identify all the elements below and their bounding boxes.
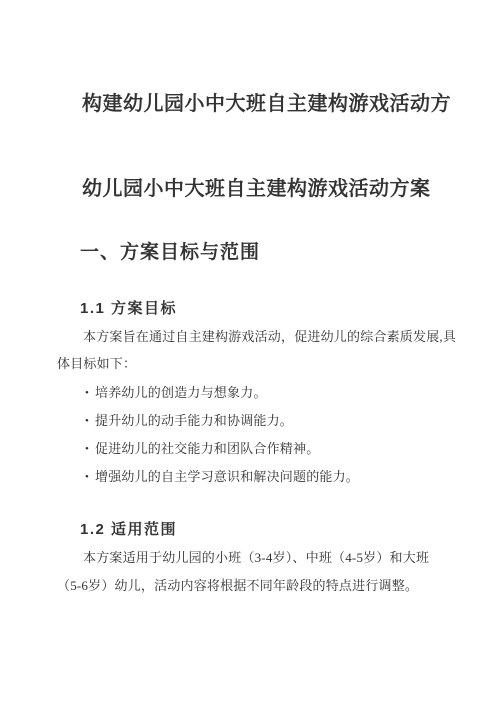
bullet-dot-icon: • [85, 387, 95, 399]
bullet-dot-icon: • [85, 471, 95, 483]
paragraph-1-line-2: 体目标如下： [57, 356, 136, 372]
bullet-text: 促进幼儿的社交能力和团队合作精神。 [95, 441, 319, 457]
bullet-text: 培养幼儿的创造力与想象力。 [95, 385, 267, 401]
document-page: 构建幼儿园小中大班自主建构游戏活动方 幼儿园小中大班自主建构游戏活动方案 一、方… [0, 0, 500, 707]
bullet-item: • 提升幼儿的动手能力和协调能力。 [85, 413, 293, 429]
subsection-heading-1-1: 1.1 方案目标 [80, 301, 177, 317]
bullet-dot-icon: • [85, 443, 95, 455]
paragraph-1-line-1: 本方案旨在通过自主建构游戏活动，促进幼儿的综合素质发展,具 [83, 329, 456, 345]
paragraph-2-line-1: 本方案适用于幼儿园的小班（3-4岁）、中班（4-5岁）和大班 [83, 550, 429, 566]
subsection-heading-1-2: 1.2 适用范围 [80, 522, 177, 538]
bullet-item: • 培养幼儿的创造力与想象力。 [85, 385, 267, 401]
bullet-item: • 增强幼儿的自主学习意识和解决问题的能力。 [85, 469, 359, 485]
document-main-title: 幼儿园小中大班自主建构游戏活动方案 [82, 179, 431, 199]
bullet-item: • 促进幼儿的社交能力和团队合作精神。 [85, 441, 319, 457]
section-heading: 一、方案目标与范围 [80, 243, 260, 262]
bullet-text: 增强幼儿的自主学习意识和解决问题的能力。 [95, 469, 359, 485]
paragraph-2-line-2: （5-6岁）幼儿，活动内容将根据不同年龄段的特点进行调整。 [57, 578, 418, 594]
bullet-text: 提升幼儿的动手能力和协调能力。 [95, 413, 293, 429]
document-top-title: 构建幼儿园小中大班自主建构游戏活动方 [82, 94, 451, 114]
bullet-dot-icon: • [85, 415, 95, 427]
